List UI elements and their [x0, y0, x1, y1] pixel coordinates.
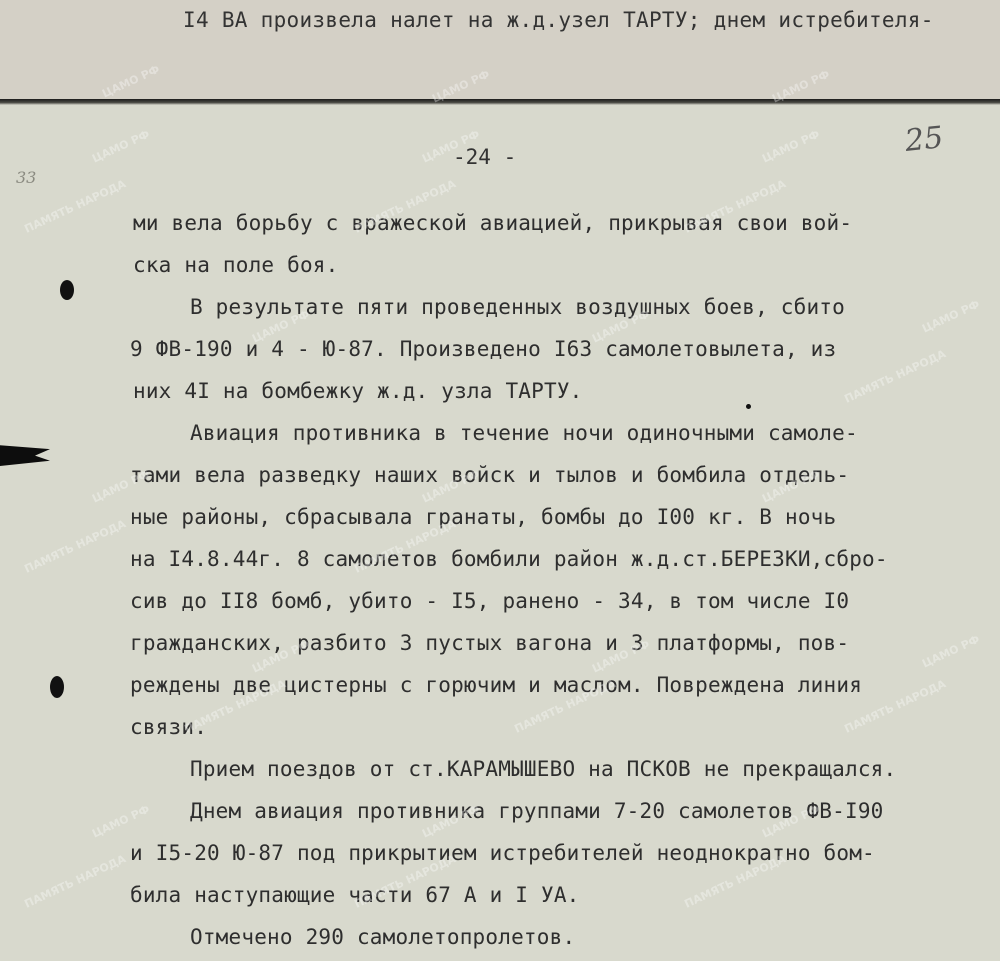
punch-hole [60, 280, 74, 300]
text-line: реждены две цистерны с горючим и маслом.… [130, 673, 862, 697]
text-line: гражданских, разбито 3 пустых вагона и 3… [130, 631, 849, 655]
text-line: сив до II8 бомб, убито - I5, ранено - 34… [130, 589, 849, 613]
text-line: тами вела разведку наших войск и тылов и… [130, 463, 849, 487]
page-number: -24 - [453, 145, 516, 169]
previous-page-strip: I4 ВА произвела налет на ж.д.узел ТАРТУ;… [0, 0, 1000, 100]
ink-dot [746, 404, 751, 409]
text-line: 9 ФВ-190 и 4 - Ю-87. Произведено I63 сам… [130, 337, 836, 361]
text-line: ска на поле боя. [133, 253, 339, 277]
text-line: ные районы, сбрасывала гранаты, бомбы до… [130, 505, 836, 529]
text-line: Авиация противника в течение ночи одиноч… [190, 421, 858, 445]
text-line: них 4I на бомбежку ж.д. узла ТАРТУ. [133, 379, 583, 403]
text-line: Отмечено 290 самолетопролетов. [190, 925, 575, 949]
margin-mark: 33 [16, 168, 36, 187]
text-line: Прием поездов от ст.КАРАМЫШЕВО на ПСКОВ … [190, 757, 896, 781]
previous-page-text: I4 ВА произвела налет на ж.д.узел ТАРТУ;… [183, 8, 934, 32]
punch-hole [50, 676, 64, 698]
text-line: ми вела борьбу с вражеской авиацией, при… [133, 211, 852, 235]
text-line: на I4.8.44г. 8 самолетов бомбили район ж… [130, 547, 888, 571]
archive-page-number: 25 [903, 120, 945, 159]
